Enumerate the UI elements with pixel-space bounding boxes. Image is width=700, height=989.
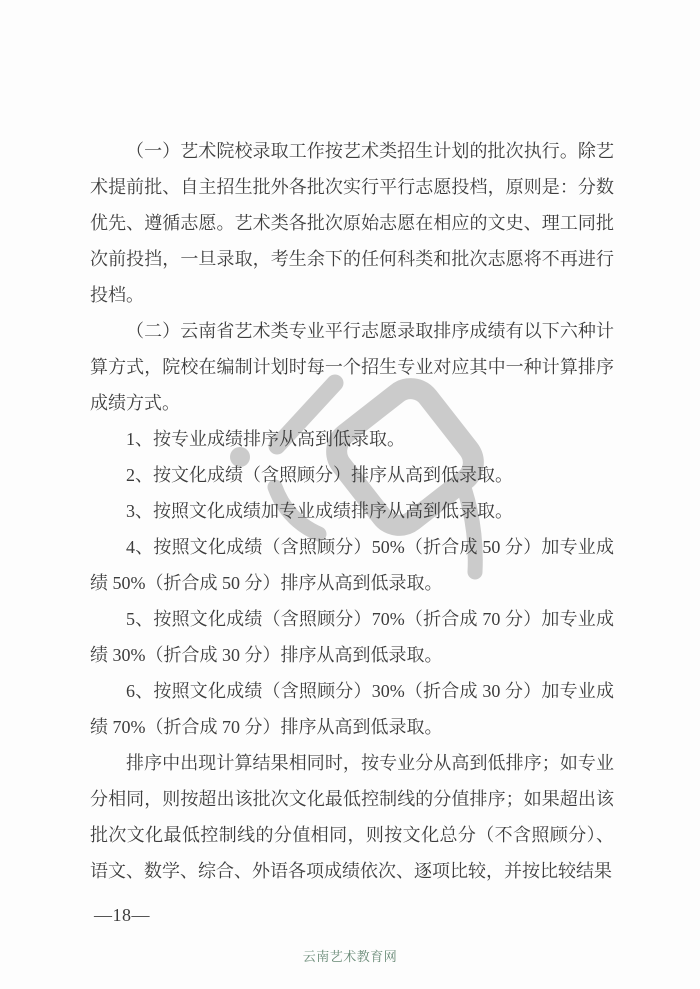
rule-item-6: 6、按照文化成绩（含照顾分）30%（折合成 30 分）加专业成绩 70%（折合成…	[90, 673, 614, 745]
rule-item-4: 4、按照文化成绩（含照顾分）50%（折合成 50 分）加专业成绩 50%（折合成…	[90, 529, 614, 601]
para-tiebreaker: 排序中出现计算结果相同时，按专业分从高到低排序；如专业分相同，则按超出该批次文化…	[90, 745, 614, 889]
page-number: —18—	[94, 903, 150, 927]
para-six-methods-intro: （二）云南省艺术类专业平行志愿录取排序成绩有以下六种计算方式，院校在编制计划时每…	[90, 313, 614, 421]
footer-site-name: 云南艺术教育网	[0, 948, 700, 966]
rule-item-3: 3、按照文化成绩加专业成绩排序从高到低录取。	[90, 493, 614, 529]
document-body: （一）艺术院校录取工作按艺术类招生计划的批次执行。除艺术提前批、自主招生批外各批…	[90, 133, 614, 889]
rule-item-1: 1、按专业成绩排序从高到低录取。	[90, 421, 614, 457]
rule-item-5: 5、按照文化成绩（含照顾分）70%（折合成 70 分）加专业成绩 30%（折合成…	[90, 601, 614, 673]
para-batch-execution: （一）艺术院校录取工作按艺术类招生计划的批次执行。除艺术提前批、自主招生批外各批…	[90, 133, 614, 313]
rule-item-2: 2、按文化成绩（含照顾分）排序从高到低录取。	[90, 457, 614, 493]
document-page: （一）艺术院校录取工作按艺术类招生计划的批次执行。除艺术提前批、自主招生批外各批…	[0, 0, 700, 989]
